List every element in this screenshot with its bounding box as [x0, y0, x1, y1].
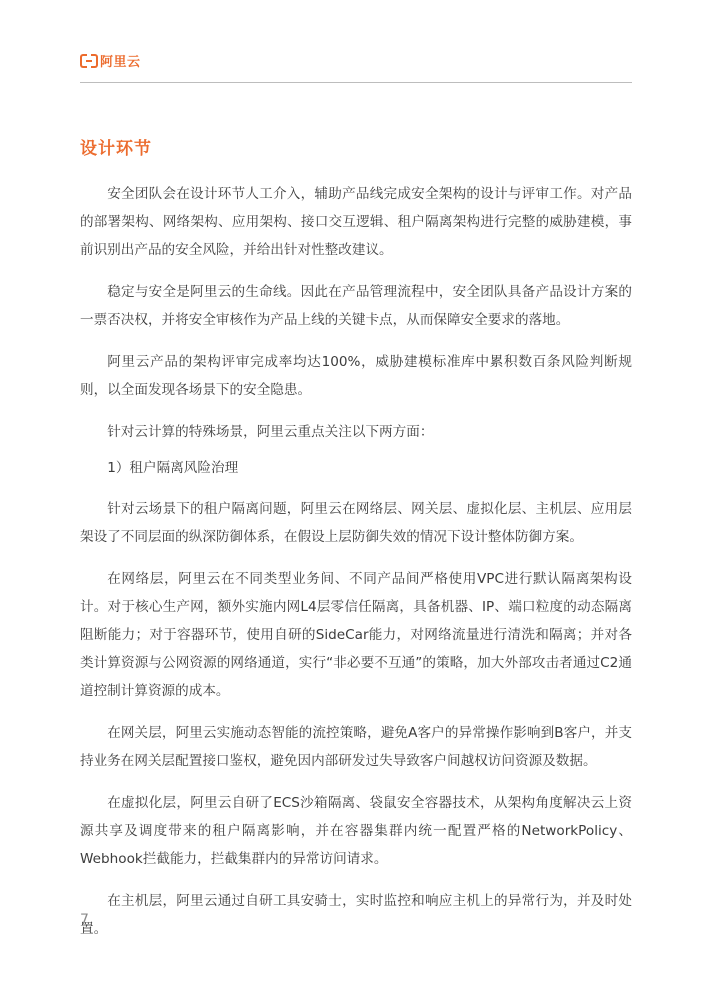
- paragraph-review-rate: 阿里云产品的架构评审完成率均达100%，威胁建模标准库中累积数百条风险判断规则，…: [80, 348, 632, 404]
- list-item-tenant-isolation: 1）租户隔离风险治理: [80, 454, 632, 482]
- paragraph-gateway-layer: 在网关层，阿里云实施动态智能的流控策略，避免A客户的异常操作影响到B客户，并支持…: [80, 719, 632, 775]
- page-number: 7: [80, 912, 89, 928]
- document-body: 安全团队会在设计环节人工介入，辅助产品线完成安全架构的设计与评审工作。对产品的部…: [80, 180, 632, 957]
- paragraph-virtualization-layer: 在虚拟化层，阿里云自研了ECS沙箱隔离、袋鼠安全容器技术，从架构角度解决云上资源…: [80, 789, 632, 873]
- paragraph-host-layer: 在主机层，阿里云通过自研工具安骑士，实时监控和响应主机上的异常行为，并及时处置。: [80, 887, 632, 943]
- section-title: 设计环节: [80, 134, 152, 159]
- paragraph-design-intro: 安全团队会在设计环节人工介入，辅助产品线完成安全架构的设计与评审工作。对产品的部…: [80, 180, 632, 264]
- paragraph-defense-layers: 针对云场景下的租户隔离问题，阿里云在网络层、网关层、虚拟化层、主机层、应用层架设…: [80, 495, 632, 551]
- logo-text: 阿里云: [100, 51, 141, 70]
- aliyun-bracket-logo-icon: [80, 54, 98, 66]
- paragraph-veto-power: 稳定与安全是阿里云的生命线。因此在产品管理流程中，安全团队具备产品设计方案的一票…: [80, 278, 632, 334]
- page-header: 阿里云: [80, 50, 632, 83]
- aliyun-logo: 阿里云: [80, 50, 632, 70]
- paragraph-network-layer: 在网络层，阿里云在不同类型业务间、不同产品间严格使用VPC进行默认隔离架构设计。…: [80, 565, 632, 705]
- paragraph-focus-areas: 针对云计算的特殊场景，阿里云重点关注以下两方面：: [80, 418, 632, 446]
